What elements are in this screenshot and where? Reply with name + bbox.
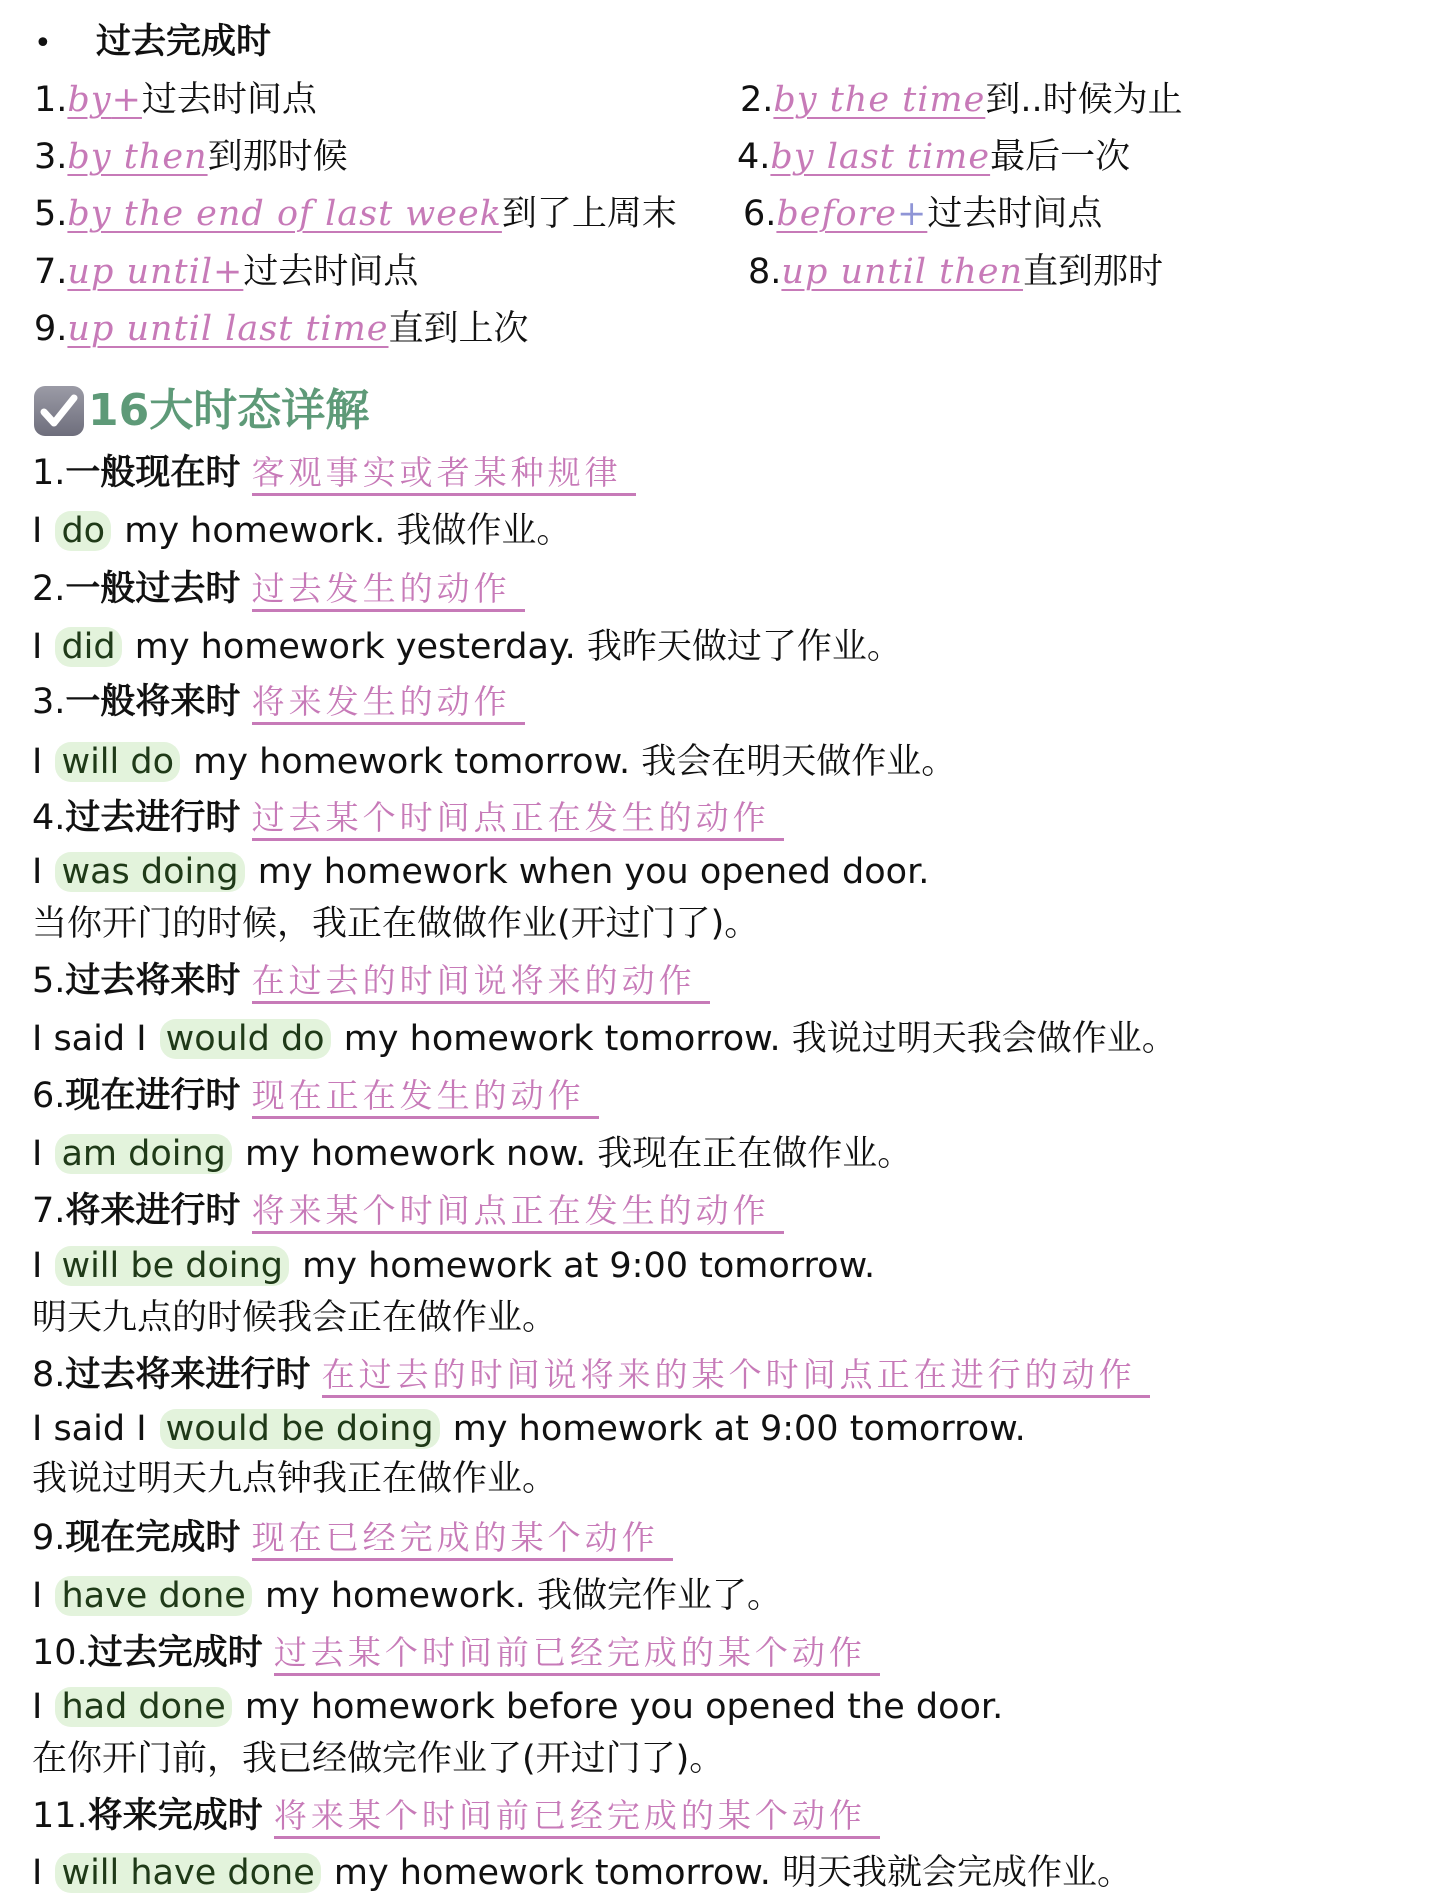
verb-highlight: am doing [55,1134,231,1174]
example-subject: I said I [32,1409,158,1449]
example-subject: I [32,742,53,782]
marker-item-2: 2.by the time到..时候为止 [740,77,1183,123]
tense-number: 9. [32,1518,65,1558]
verb-highlight: have done [55,1576,251,1616]
item-number: 5. [34,194,67,234]
marker-meaning: 过去时间点 [142,80,317,120]
verb-highlight: would do [160,1019,331,1059]
tense-note: 客观事实或者某种规律 [252,453,636,496]
example-subject: I [32,1134,53,1174]
tense-number: 1. [32,453,65,493]
marker-meaning: 过去时间点 [243,252,418,292]
item-number: 3. [34,137,67,177]
marker-phrase: by then [67,137,207,177]
tense-example-5: I said I would do my homework tomorrow. … [32,1016,1177,1062]
marker-meaning: 最后一次 [990,137,1130,177]
tense-example-2: I did my homework yesterday. 我昨天做过了作业。 [32,624,902,670]
tense-note: 过去发生的动作 [252,569,525,612]
tense-example-6: I am doing my homework now. 我现在正在做作业。 [32,1131,912,1177]
example-subject: I [32,1853,53,1893]
tense-number: 7. [32,1191,65,1231]
tense-heading-8: 8.过去将来进行时 在过去的时间说将来的某个时间点正在进行的动作 [32,1352,1150,1398]
heading-text: 过去完成时 [96,22,271,62]
tense-number: 8. [32,1355,65,1395]
tense-note: 过去某个时间前已经完成的某个动作 [274,1633,880,1676]
marker-meaning: 过去时间点 [927,194,1102,234]
example-subject: I [32,852,53,892]
example-rest: my homework at 9:00 tomorrow. [291,1246,875,1286]
marker-meaning: 直到上次 [389,309,529,349]
tense-translation-7: 明天九点的时候我会正在做作业。 [32,1295,557,1341]
marker-phrase: by last time [770,137,990,177]
tense-number: 10. [32,1633,88,1673]
marker-meaning: 到..时候为止 [985,80,1182,120]
tense-note: 现在正在发生的动作 [252,1076,599,1119]
verb-highlight: will have done [55,1853,320,1893]
tenses-section-title: 16大时态详解 [34,384,369,438]
verb-highlight: will do [55,742,180,782]
bullet-icon: • [34,26,52,61]
tense-example-9: I have done my homework. 我做完作业了。 [32,1573,782,1619]
tense-note: 将来某个时间点正在发生的动作 [252,1191,784,1234]
example-rest: my homework when you opened door. [247,852,930,892]
tense-number: 2. [32,569,65,609]
example-rest: my homework tomorrow. 明天我就会完成作业。 [323,1853,1132,1893]
marker-item-7: 7.up until+过去时间点 [34,249,418,295]
verb-highlight: did [55,627,121,667]
example-rest: my homework. 我做完作业了。 [254,1576,782,1616]
tense-name: 一般现在时 [65,453,240,493]
marker-meaning: 直到那时 [1023,252,1163,292]
marker-phrase: up until then [781,252,1023,292]
tense-note: 将来发生的动作 [252,682,525,725]
tense-number: 4. [32,798,65,838]
example-subject: I [32,1687,53,1727]
marker-phrase: by the time [773,80,985,120]
tense-note: 在过去的时间说将来的某个时间点正在进行的动作 [322,1355,1150,1398]
tense-note: 现在已经完成的某个动作 [252,1518,673,1561]
tense-heading-1: 1.一般现在时 客观事实或者某种规律 [32,450,636,496]
tense-example-7: I will be doing my homework at 9:00 tomo… [32,1243,875,1289]
marker-item-8: 8.up until then直到那时 [748,249,1163,295]
marker-phrase: up until+ [67,252,243,292]
marker-phrase: before+ [776,194,927,234]
marker-item-1: 1.by+过去时间点 [34,77,317,123]
marker-item-5: 5.by the end of last week到了上周末 [34,191,677,237]
tense-example-11: I will have done my homework tomorrow. 明… [32,1850,1132,1896]
tense-note: 过去某个时间点正在发生的动作 [252,798,784,841]
tense-number: 11. [32,1796,88,1836]
example-rest: my homework. 我做作业。 [113,511,571,551]
tense-heading-2: 2.一般过去时 过去发生的动作 [32,566,525,612]
tense-name: 过去将来进行时 [65,1355,310,1395]
example-subject: I [32,1576,53,1616]
item-number: 1. [34,80,67,120]
item-number: 4. [737,137,770,177]
tense-note: 在过去的时间说将来的动作 [252,961,710,1004]
example-rest: my homework before you opened the door. [234,1687,1003,1727]
tense-heading-4: 4.过去进行时 过去某个时间点正在发生的动作 [32,795,784,841]
tense-name: 过去完成时 [88,1633,263,1673]
example-subject: I [32,511,53,551]
item-number: 6. [743,194,776,234]
marker-item-6: 6.before+过去时间点 [743,191,1102,237]
example-subject: I [32,627,53,667]
marker-item-9: 9.up until last time直到上次 [34,306,529,352]
item-number: 2. [740,80,773,120]
example-rest: my homework now. 我现在正在做作业。 [234,1134,912,1174]
example-rest: my homework yesterday. 我昨天做过了作业。 [124,627,902,667]
tense-name: 一般过去时 [65,569,240,609]
marker-phrase: up until last time [67,309,388,349]
tense-heading-6: 6.现在进行时 现在正在发生的动作 [32,1073,599,1119]
example-rest: my homework tomorrow. 我说过明天我会做作业。 [333,1019,1177,1059]
tense-translation-10: 在你开门前，我已经做完作业了(开过门了)。 [32,1736,724,1782]
example-rest: my homework at 9:00 tomorrow. [442,1409,1026,1449]
verb-highlight: would be doing [160,1409,440,1449]
tense-example-4: I was doing my homework when you opened … [32,849,929,895]
tense-number: 3. [32,682,65,722]
tense-name: 现在完成时 [65,1518,240,1558]
tense-number: 5. [32,961,65,1001]
marker-meaning: 到那时候 [208,137,348,177]
tense-translation-8: 我说过明天九点钟我正在做作业。 [32,1456,557,1502]
item-number: 8. [748,252,781,292]
verb-highlight: was doing [55,852,244,892]
checkbox-checked-icon [34,386,84,436]
marker-phrase: by the end of last week [67,194,502,234]
item-number: 9. [34,309,67,349]
tense-example-10: I had done my homework before you opened… [32,1684,1003,1730]
section-title-text: 16大时态详解 [88,385,369,436]
marker-phrase: by+ [67,80,142,120]
example-rest: my homework tomorrow. 我会在明天做作业。 [182,742,956,782]
tense-name: 过去进行时 [65,798,240,838]
item-number: 7. [34,252,67,292]
marker-meaning: 到了上周末 [502,194,677,234]
tense-heading-11: 11.将来完成时 将来某个时间前已经完成的某个动作 [32,1793,880,1839]
tense-example-3: I will do my homework tomorrow. 我会在明天做作业… [32,739,956,785]
tense-number: 6. [32,1076,65,1116]
marker-item-4: 4.by last time最后一次 [737,134,1130,180]
tense-note: 将来某个时间前已经完成的某个动作 [274,1796,880,1839]
tense-heading-9: 9.现在完成时 现在已经完成的某个动作 [32,1515,673,1561]
verb-highlight: had done [55,1687,231,1727]
tense-heading-3: 3.一般将来时 将来发生的动作 [32,679,525,725]
marker-item-3: 3.by then到那时候 [34,134,348,180]
verb-highlight: do [55,511,111,551]
tense-translation-4: 当你开门的时候，我正在做做作业(开过门了)。 [32,901,759,947]
example-subject: I [32,1246,53,1286]
past-perfect-heading: • 过去完成时 [34,19,271,67]
tense-heading-5: 5.过去将来时 在过去的时间说将来的动作 [32,958,710,1004]
tense-name: 一般将来时 [65,682,240,722]
tense-name: 将来完成时 [88,1796,263,1836]
tense-example-1: I do my homework. 我做作业。 [32,508,571,554]
example-subject: I said I [32,1019,158,1059]
tense-name: 将来进行时 [65,1191,240,1231]
verb-highlight: will be doing [55,1246,289,1286]
tense-name: 现在进行时 [65,1076,240,1116]
tense-example-8: I said I would be doing my homework at 9… [32,1406,1026,1452]
tense-heading-10: 10.过去完成时 过去某个时间前已经完成的某个动作 [32,1630,880,1676]
tense-heading-7: 7.将来进行时 将来某个时间点正在发生的动作 [32,1188,784,1234]
tense-name: 过去将来时 [65,961,240,1001]
